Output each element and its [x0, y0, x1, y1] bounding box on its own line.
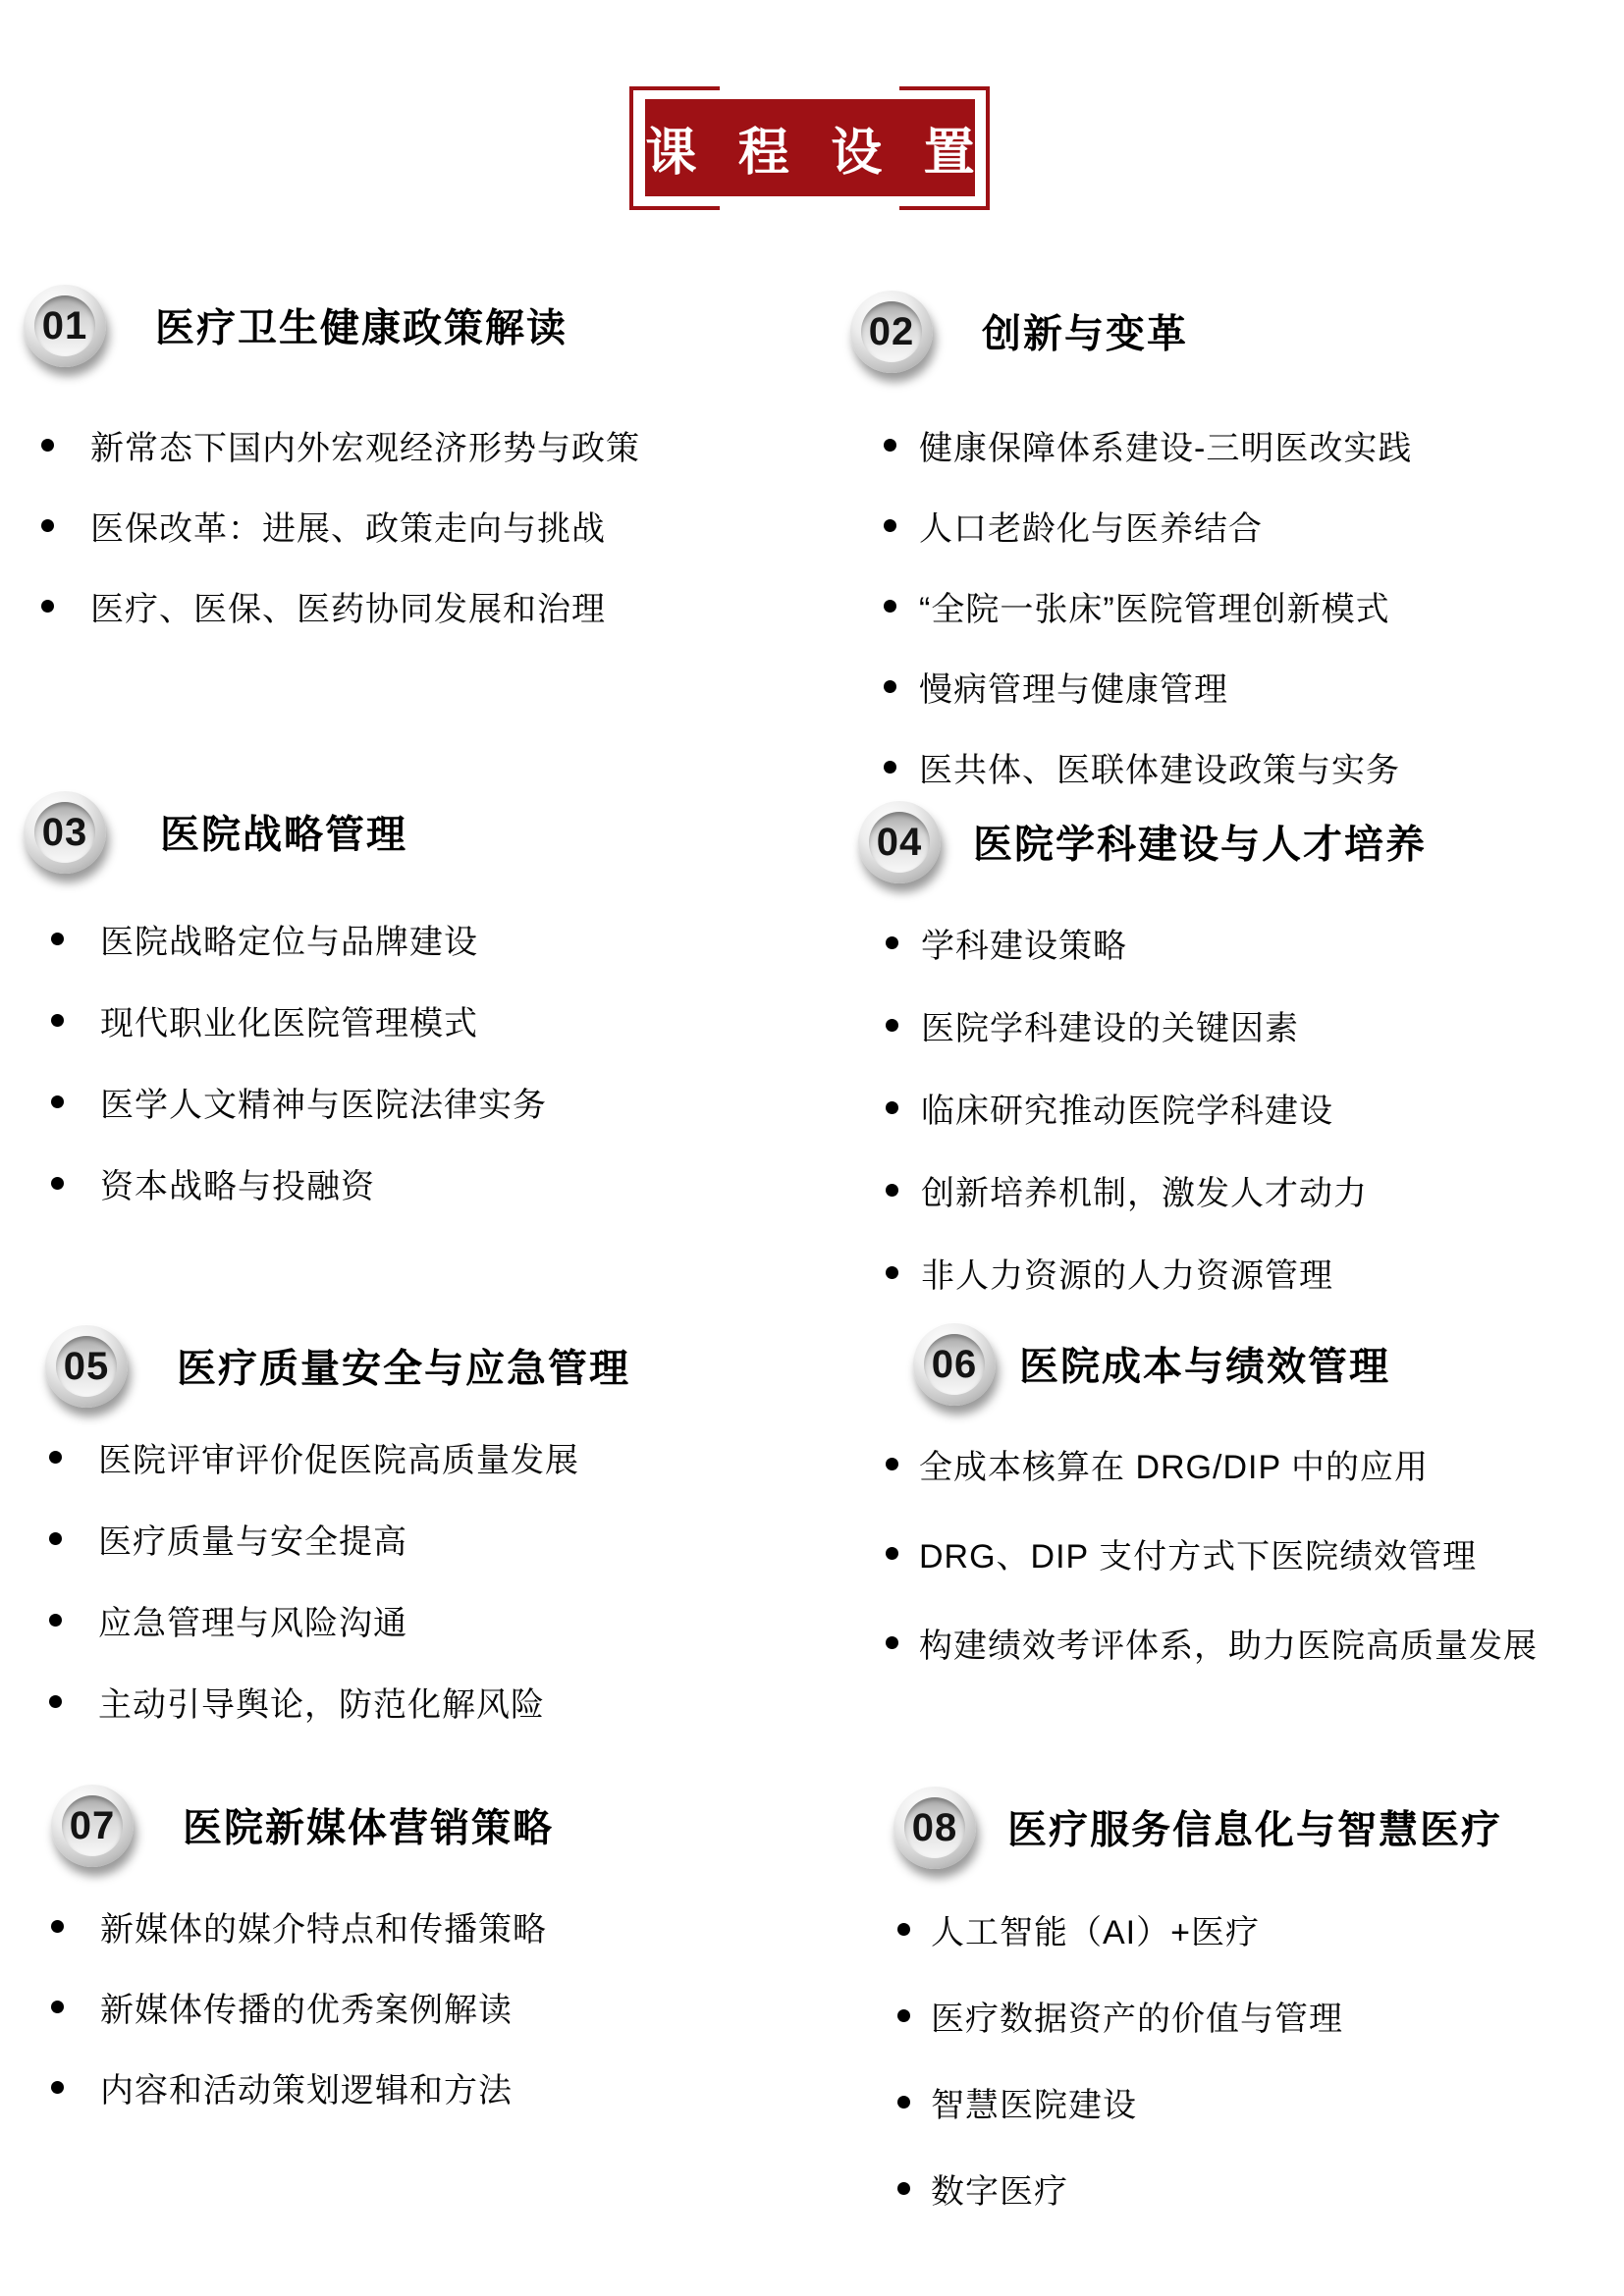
- section-title: 医院成本与绩效管理: [1019, 1335, 1390, 1391]
- bullet-dot-icon: [49, 1614, 62, 1627]
- badge-number: 05: [64, 1345, 110, 1389]
- section-title: 医疗服务信息化与智慧医疗: [1007, 1798, 1502, 1854]
- bullet-text: 医院学科建设的关键因素: [921, 1001, 1299, 1049]
- bullet-text: 医保改革：进展、政策走向与挑战: [90, 502, 606, 550]
- badge-core: 06: [924, 1334, 985, 1395]
- bullet-item: 健康保障体系建设-三明医改实践: [884, 410, 1412, 479]
- bullet-text: “全院一张床”医院管理创新模式: [919, 582, 1390, 630]
- bullet-text: 人工智能（AI）+医疗: [931, 1905, 1260, 1953]
- bullet-text: 资本战略与投融资: [100, 1159, 375, 1207]
- bullet-item: 创新培养机制，激发人才动力: [886, 1155, 1368, 1224]
- bullet-text: 医共体、医联体建设政策与实务: [919, 743, 1400, 791]
- badge-number: 01: [42, 304, 88, 348]
- badge-number: 02: [869, 310, 915, 354]
- badge-core: 04: [869, 812, 930, 873]
- bullet-text: 创新培养机制，激发人才动力: [921, 1166, 1368, 1214]
- bullet-item: 新媒体的媒介特点和传播策略: [51, 1892, 547, 1960]
- bullet-dot-icon: [41, 519, 54, 532]
- bullet-dot-icon: [51, 1095, 64, 1108]
- section-badge: 01: [24, 285, 106, 367]
- bullet-text: 主动引导舆论，防范化解风险: [98, 1678, 545, 1726]
- bullet-text: 医疗质量与安全提高: [98, 1515, 407, 1563]
- bullet-text: 人口老龄化与医养结合: [919, 502, 1263, 550]
- bullet-item: 医院评审评价促医院高质量发展: [49, 1422, 579, 1491]
- badge-number: 07: [70, 1804, 116, 1848]
- section-title: 医疗质量安全与应急管理: [177, 1337, 630, 1393]
- bullet-item: 资本战略与投融资: [51, 1148, 375, 1217]
- bullet-text: 医疗数据资产的价值与管理: [931, 1992, 1343, 2040]
- bullet-text: 医学人文精神与医院法律实务: [100, 1078, 547, 1126]
- bullet-text: 新媒体传播的优秀案例解读: [100, 1983, 513, 2031]
- bullet-dot-icon: [886, 1184, 898, 1197]
- bullet-item: 学科建设策略: [886, 908, 1127, 977]
- bullet-text: 智慧医院建设: [931, 2078, 1137, 2126]
- bullet-dot-icon: [51, 2081, 64, 2094]
- bullet-dot-icon: [884, 600, 896, 613]
- bullet-text: 非人力资源的人力资源管理: [921, 1249, 1333, 1297]
- bullet-text: 健康保障体系建设-三明医改实践: [919, 421, 1412, 469]
- bullet-dot-icon: [49, 1532, 62, 1545]
- bullet-text: 应急管理与风险沟通: [98, 1596, 407, 1644]
- bullet-text: 现代职业化医院管理模式: [100, 996, 478, 1044]
- bullet-dot-icon: [51, 1920, 64, 1933]
- section-badge: 06: [913, 1323, 996, 1406]
- bullet-item: 新常态下国内外宏观经济形势与政策: [41, 410, 640, 479]
- bullet-text: 内容和活动策划逻辑和方法: [100, 2063, 513, 2111]
- badge-number: 04: [877, 821, 923, 865]
- section-title: 创新与变革: [982, 302, 1188, 358]
- bullet-dot-icon: [41, 439, 54, 452]
- bullet-item: 新媒体传播的优秀案例解读: [51, 1972, 513, 2041]
- bullet-dot-icon: [884, 680, 896, 693]
- bullet-dot-icon: [884, 439, 896, 452]
- badge-number: 06: [932, 1343, 978, 1387]
- bullet-dot-icon: [886, 1266, 898, 1279]
- bullet-dot-icon: [51, 1177, 64, 1190]
- bullet-dot-icon: [886, 1458, 898, 1470]
- bullet-item: 医院战略定位与品牌建设: [51, 904, 478, 973]
- bullet-item: 应急管理与风险沟通: [49, 1585, 407, 1654]
- bullet-dot-icon: [51, 2001, 64, 2013]
- bullet-dot-icon: [51, 933, 64, 945]
- badge-core: 01: [34, 295, 95, 356]
- section-badge: 05: [45, 1325, 128, 1408]
- badge-number: 03: [42, 811, 88, 855]
- bullet-item: 临床研究推动医院学科建设: [886, 1073, 1333, 1142]
- bullet-text: 医院评审评价促医院高质量发展: [98, 1433, 579, 1481]
- section-badge: 07: [51, 1785, 134, 1867]
- bullet-text: 新媒体的媒介特点和传播策略: [100, 1902, 547, 1950]
- bullet-dot-icon: [897, 1923, 910, 1936]
- bullet-item: 医共体、医联体建设政策与实务: [884, 732, 1400, 801]
- bullet-dot-icon: [897, 2009, 910, 2022]
- bullet-item: 内容和活动策划逻辑和方法: [51, 2053, 513, 2121]
- bullet-dot-icon: [886, 1101, 898, 1114]
- bullet-item: 现代职业化医院管理模式: [51, 986, 478, 1054]
- badge-core: 02: [861, 301, 922, 362]
- bullet-dot-icon: [884, 761, 896, 774]
- bullet-item: 医学人文精神与医院法律实务: [51, 1067, 547, 1136]
- bullet-item: 非人力资源的人力资源管理: [886, 1238, 1333, 1307]
- bullet-item: 医疗质量与安全提高: [49, 1504, 407, 1573]
- badge-core: 07: [62, 1795, 123, 1856]
- bullet-dot-icon: [886, 1547, 898, 1560]
- section-title: 医院新媒体营销策略: [183, 1796, 554, 1852]
- bullet-item: DRG、DIP 支付方式下医院绩效管理: [886, 1519, 1477, 1587]
- bullet-item: 全成本核算在 DRG/DIP 中的应用: [886, 1429, 1429, 1498]
- badge-core: 08: [904, 1797, 965, 1858]
- bullet-text: 医院战略定位与品牌建设: [100, 915, 478, 963]
- bullet-item: “全院一张床”医院管理创新模式: [884, 571, 1390, 640]
- bullet-dot-icon: [897, 2096, 910, 2109]
- badge-core: 03: [34, 802, 95, 863]
- bullet-text: DRG、DIP 支付方式下医院绩效管理: [919, 1529, 1477, 1577]
- bullet-text: 慢病管理与健康管理: [919, 663, 1228, 711]
- section-badge: 08: [893, 1787, 976, 1869]
- bullet-text: 临床研究推动医院学科建设: [921, 1084, 1333, 1132]
- bullet-item: 慢病管理与健康管理: [884, 652, 1228, 721]
- bullet-text: 新常态下国内外宏观经济形势与政策: [90, 421, 640, 469]
- badge-number: 08: [912, 1806, 958, 1850]
- bullet-dot-icon: [897, 2182, 910, 2195]
- bullet-dot-icon: [49, 1695, 62, 1708]
- bullet-item: 医疗、医保、医药协同发展和治理: [41, 571, 606, 640]
- bullet-item: 医保改革：进展、政策走向与挑战: [41, 491, 606, 560]
- badge-core: 05: [56, 1336, 117, 1397]
- section-badge: 02: [850, 291, 933, 373]
- bullet-dot-icon: [49, 1451, 62, 1464]
- bullet-text: 数字医疗: [931, 2164, 1068, 2213]
- section-title: 医疗卫生健康政策解读: [155, 296, 568, 352]
- bullet-dot-icon: [884, 519, 896, 532]
- bullet-dot-icon: [41, 600, 54, 613]
- bullet-dot-icon: [886, 1636, 898, 1649]
- bullet-item: 构建绩效考评体系，助力医院高质量发展: [886, 1608, 1538, 1677]
- bullet-item: 数字医疗: [897, 2154, 1068, 2222]
- section-title: 医院学科建设与人才培养: [973, 813, 1427, 869]
- bullet-item: 主动引导舆论，防范化解风险: [49, 1667, 545, 1735]
- bullet-dot-icon: [886, 936, 898, 949]
- section-badge: 04: [858, 801, 941, 883]
- banner-title: 课 程 设 置: [645, 111, 988, 185]
- bullet-item: 医院学科建设的关键因素: [886, 990, 1299, 1059]
- bullet-item: 智慧医院建设: [897, 2067, 1137, 2136]
- bullet-item: 医疗数据资产的价值与管理: [897, 1981, 1343, 2050]
- bullet-text: 全成本核算在 DRG/DIP 中的应用: [919, 1440, 1429, 1488]
- bullet-item: 人口老龄化与医养结合: [884, 491, 1263, 560]
- section-badge: 03: [24, 791, 106, 874]
- bullet-text: 构建绩效考评体系，助力医院高质量发展: [919, 1619, 1538, 1667]
- course-setup-poster: 课 程 设 置 01医疗卫生健康政策解读新常态下国内外宏观经济形势与政策医保改革…: [0, 0, 1624, 2296]
- bullet-dot-icon: [51, 1014, 64, 1027]
- bullet-text: 医疗、医保、医药协同发展和治理: [90, 582, 606, 630]
- section-title: 医院战略管理: [160, 803, 407, 859]
- bullet-text: 学科建设策略: [921, 919, 1127, 967]
- course-banner: 课 程 设 置: [645, 99, 975, 196]
- bullet-dot-icon: [886, 1019, 898, 1032]
- bullet-item: 人工智能（AI）+医疗: [897, 1895, 1260, 1963]
